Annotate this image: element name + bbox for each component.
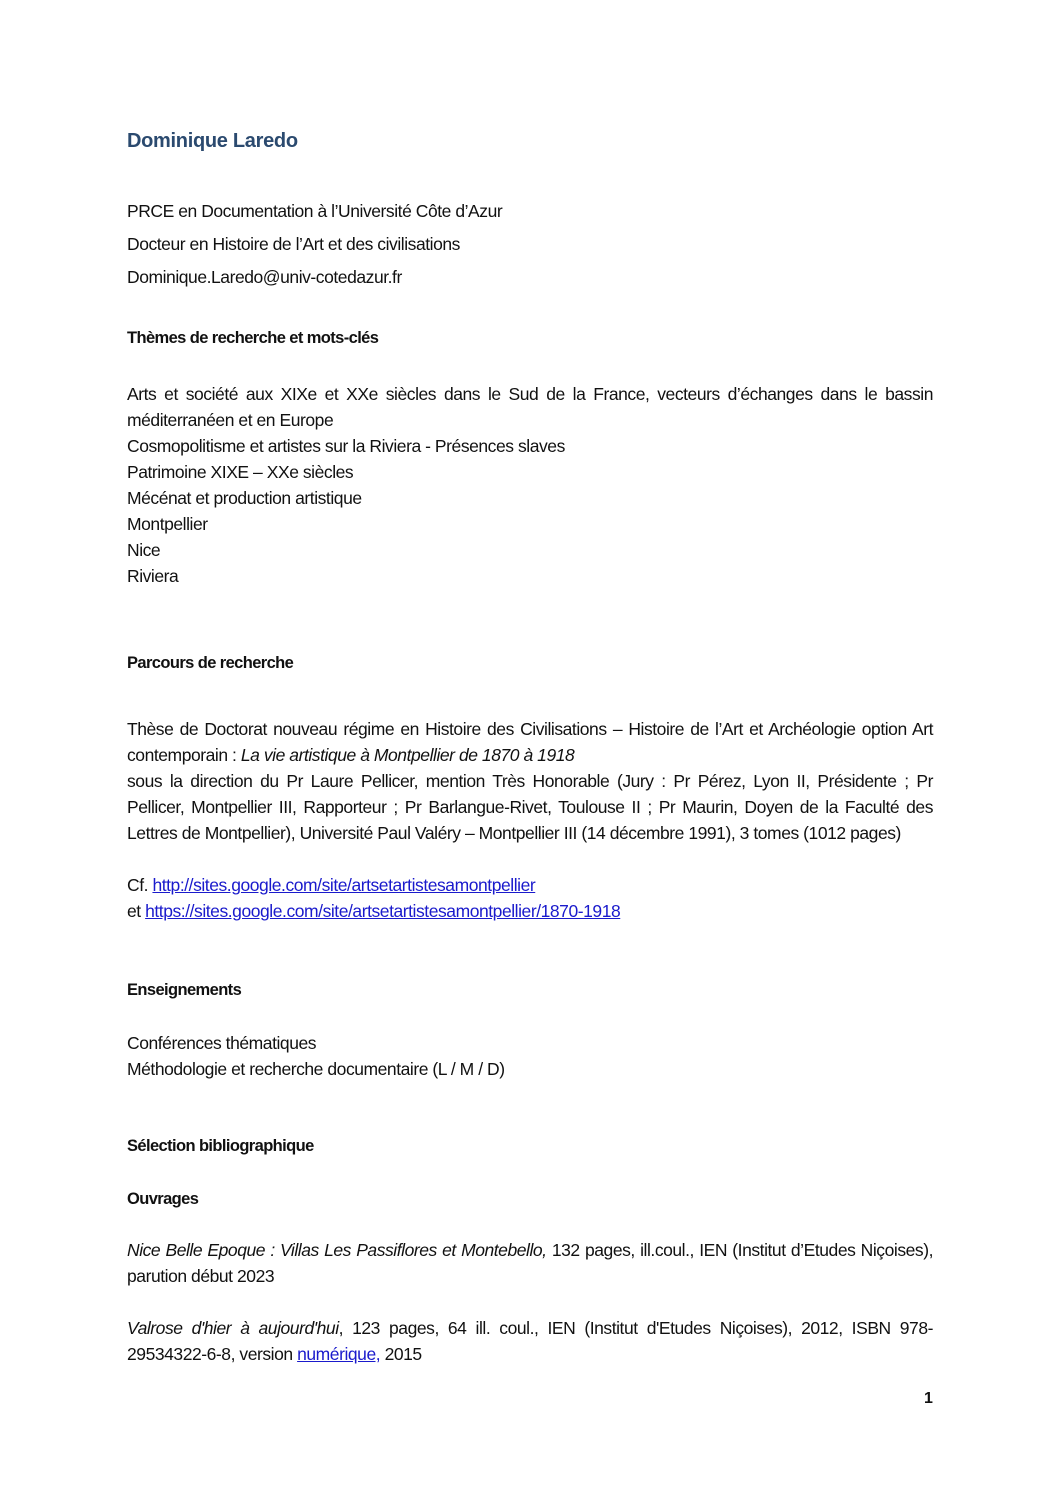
themes-item: Cosmopolitisme et artistes sur la Rivier… bbox=[127, 433, 565, 459]
ouvrages-subheading: Ouvrages bbox=[127, 1186, 198, 1212]
book-title: Nice Belle Epoque : Villas Les Passiflor… bbox=[127, 1240, 547, 1260]
page-number: 1 bbox=[924, 1390, 933, 1408]
author-name: Dominique Laredo bbox=[127, 128, 298, 154]
themes-item: Arts et société aux XIXe et XXe siècles … bbox=[127, 381, 933, 433]
parcours-heading: Parcours de recherche bbox=[127, 650, 293, 676]
themes-item: Patrimoine XIXE – XXe siècles bbox=[127, 459, 353, 485]
et-line: et https://sites.google.com/site/artseta… bbox=[127, 898, 620, 924]
website-link-1870-1918[interactable]: https://sites.google.com/site/artsetarti… bbox=[145, 901, 620, 921]
bibliographie-heading: Sélection bibliographique bbox=[127, 1133, 314, 1159]
enseignements-heading: Enseignements bbox=[127, 977, 241, 1003]
digital-version-link[interactable]: numérique, bbox=[297, 1344, 380, 1364]
bibliography-entry: Valrose d'hier à aujourd'hui, 123 pages,… bbox=[127, 1315, 933, 1367]
enseignement-item: Méthodologie et recherche documentaire (… bbox=[127, 1056, 505, 1082]
book-title: Valrose d'hier à aujourd'hui bbox=[127, 1318, 339, 1338]
themes-item: Mécénat et production artistique bbox=[127, 485, 362, 511]
website-link[interactable]: http://sites.google.com/site/artsetartis… bbox=[152, 875, 535, 895]
thesis-title: La vie artistique à Montpellier de 1870 … bbox=[241, 745, 574, 765]
thesis-jury-paragraph: sous la direction du Pr Laure Pellicer, … bbox=[127, 768, 933, 846]
themes-heading: Thèmes de recherche et mots-clés bbox=[127, 325, 378, 351]
book-year: 2015 bbox=[380, 1344, 422, 1364]
thesis-paragraph: Thèse de Doctorat nouveau régime en Hist… bbox=[127, 716, 933, 768]
degree-line: Docteur en Histoire de l’Art et des civi… bbox=[127, 231, 460, 257]
themes-item: Riviera bbox=[127, 563, 178, 589]
position-line: PRCE en Documentation à l’Université Côt… bbox=[127, 198, 502, 224]
enseignement-item: Conférences thématiques bbox=[127, 1030, 316, 1056]
document-page: Dominique Laredo PRCE en Documentation à… bbox=[0, 0, 1058, 1497]
email-line: Dominique.Laredo@univ-cotedazur.fr bbox=[127, 264, 402, 290]
cf-prefix: Cf. bbox=[127, 875, 152, 895]
themes-item: Montpellier bbox=[127, 511, 208, 537]
themes-item: Nice bbox=[127, 537, 160, 563]
bibliography-entry: Nice Belle Epoque : Villas Les Passiflor… bbox=[127, 1237, 933, 1289]
et-prefix: et bbox=[127, 901, 145, 921]
cf-line: Cf. http://sites.google.com/site/artseta… bbox=[127, 872, 535, 898]
